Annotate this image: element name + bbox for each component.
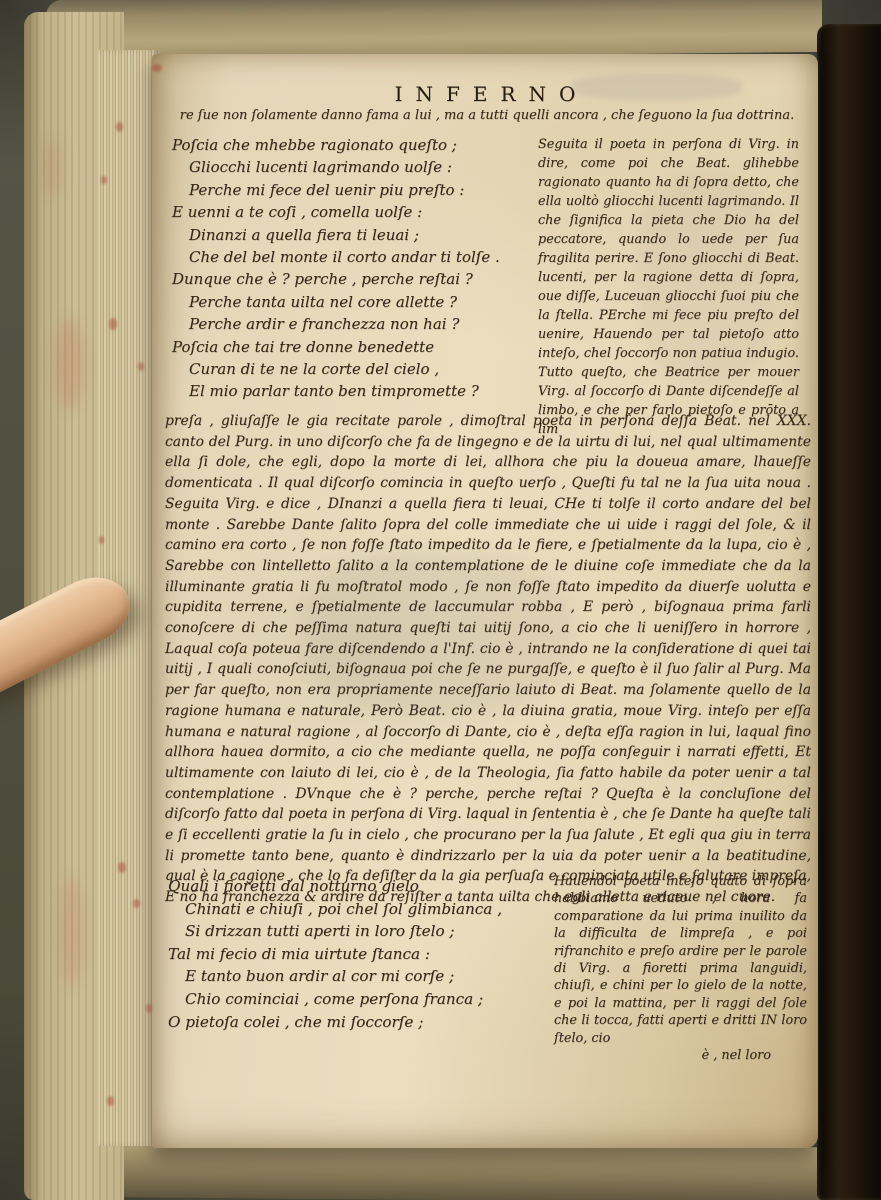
red-edge-speckle bbox=[116, 122, 123, 132]
poem-line: El mio parlar tanto ben timpromette ? bbox=[172, 380, 514, 402]
poem-line: Dinanzi a quella fiera ti leuai ; bbox=[172, 224, 514, 246]
poem-line: Curan di te ne la corte del cielo , bbox=[172, 358, 514, 380]
red-edge-speckle bbox=[138, 362, 144, 371]
book-photograph: INFERNO re ſue non ſolamente danno fama … bbox=[0, 0, 881, 1200]
poem-line: Poſcia che tai tre donne benedette bbox=[172, 336, 514, 358]
commentary-bottom-last-line: è , nel loro bbox=[554, 1047, 807, 1064]
commentary-bottom-text: Hauendol poeta inteſo quāto di ſopra hab… bbox=[554, 874, 807, 1046]
red-edge-speckle bbox=[101, 176, 107, 184]
red-edge-speckle bbox=[107, 1096, 114, 1106]
red-stain bbox=[60, 876, 84, 988]
show-through-smudge bbox=[572, 74, 742, 100]
red-edge-speckle bbox=[118, 862, 126, 873]
poem-line: Perche mi fece del uenir piu preſto : bbox=[172, 179, 514, 201]
poem-line: Tal mi fecio di mia uirtute ſtanca : bbox=[168, 943, 516, 966]
poem-tercets-bottom: Quali i fioretti dal notturno gielo Chin… bbox=[168, 875, 516, 1033]
poem-line: Chinati e chiuſi , poi chel ſol glimbian… bbox=[168, 898, 516, 921]
show-through-smudge bbox=[637, 174, 777, 384]
red-stain bbox=[42, 136, 62, 198]
poem-line: Perche tanta uilta nel core allette ? bbox=[172, 291, 514, 313]
book-cover-right bbox=[817, 24, 881, 1200]
red-edge-speckle bbox=[99, 536, 104, 544]
poem-line: Poſcia che mhebbe ragionato queſto ; bbox=[172, 134, 514, 156]
poem-line: Si drizzan tutti aperti in loro ſtelo ; bbox=[168, 920, 516, 943]
poem-line: Perche ardir e franchezza non hai ? bbox=[172, 313, 514, 335]
poem-line: E tanto buon ardir al cor mi corſe ; bbox=[168, 965, 516, 988]
commentary-bottom-right: Hauendol poeta inteſo quāto di ſopra hab… bbox=[554, 873, 807, 1064]
red-edge-speckle bbox=[109, 318, 117, 330]
poem-line: E uenni a te coſi , comella uolſe : bbox=[172, 201, 514, 223]
book-page: INFERNO re ſue non ſolamente danno fama … bbox=[152, 54, 818, 1148]
poem-line: Dunque che è ? perche , perche reſtai ? bbox=[172, 268, 514, 290]
poem-line: Gliocchi lucenti lagrimando uolſe : bbox=[172, 156, 514, 178]
poem-line: Chio cominciai , come perſona franca ; bbox=[168, 988, 516, 1011]
poem-line: Che del bel monte il corto andar ti tolſ… bbox=[172, 246, 514, 268]
poem-line: O pietoſa colei , che mi ſoccorſe ; bbox=[168, 1011, 516, 1034]
red-stain bbox=[56, 318, 84, 410]
show-through-smudge bbox=[302, 554, 572, 714]
book-bottom-edge bbox=[64, 1141, 820, 1200]
book-top-edge bbox=[46, 0, 822, 60]
red-edge-speckle bbox=[146, 1004, 152, 1013]
catchline: re ſue non ſolamente danno fama a lui , … bbox=[170, 108, 804, 124]
red-edge-speckle bbox=[152, 64, 162, 72]
poem-tercets-top: Poſcia che mhebbe ragionato queſto ; Gli… bbox=[172, 134, 514, 403]
red-edge-speckle bbox=[133, 899, 140, 908]
poem-line: Quali i fioretti dal notturno gielo bbox=[168, 875, 516, 898]
